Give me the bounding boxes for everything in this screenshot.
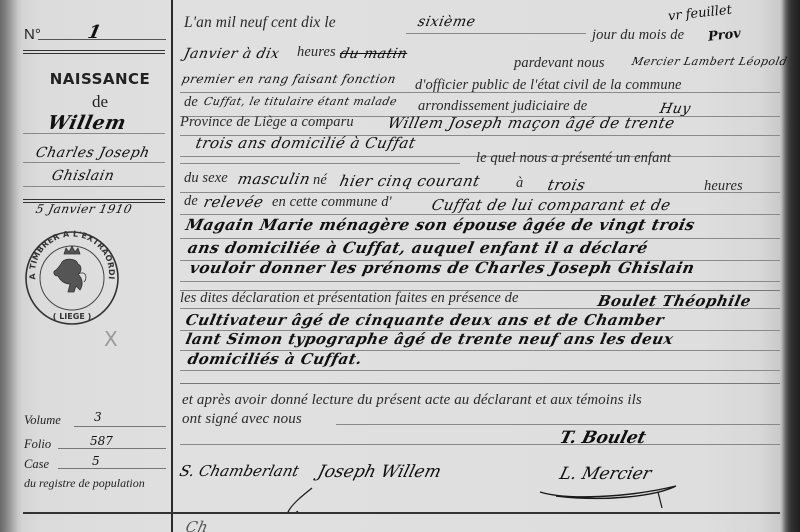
act-rule	[180, 370, 780, 371]
act-printed: né	[313, 172, 327, 189]
folio-value: 587	[90, 434, 113, 448]
act-handwritten: Willem Joseph maçon âgé de trente	[386, 114, 676, 132]
act-handwritten: masculin	[236, 170, 312, 188]
volume-value: 3	[94, 410, 102, 424]
act-handwritten: Magain Marie ménagère son épouse âgée de…	[184, 215, 697, 234]
register-page: N° 1 NAISSANCE de Willem Charles Joseph …	[0, 0, 800, 532]
case-label: Case	[24, 457, 49, 472]
act-printed: L'an mil neuf cent dix le	[184, 14, 336, 32]
margin-rule	[23, 186, 165, 187]
act-printed: à	[516, 175, 523, 192]
act-printed: le quel nous a présenté un enfant	[476, 150, 671, 167]
margin-title-naissance: NAISSANCE	[36, 70, 164, 88]
act-printed: heures	[297, 44, 336, 61]
act-handwritten: vouloir donner les prénoms de Charles Jo…	[188, 258, 697, 277]
volume-label: Volume	[24, 413, 61, 428]
top-right-annotation: vr feuillet	[667, 3, 732, 25]
act-handwritten: Cultivateur âgé de cinquante deux ans et…	[184, 311, 666, 329]
act-rule	[180, 308, 780, 309]
act-printed: de	[184, 94, 198, 111]
act-handwritten: relevée	[202, 193, 265, 211]
case-value: 5	[92, 454, 100, 468]
act-handwritten: Cuffat de lui comparant et de	[430, 196, 673, 214]
act-rule	[180, 444, 780, 445]
act-printed: Province de Liège a comparu	[180, 114, 354, 131]
act-handwritten-struck: du matin	[338, 46, 409, 62]
act-printed: et après avoir donné lecture du présent …	[182, 392, 642, 409]
act-rule	[180, 383, 780, 384]
tax-stamp-seal: A TIMBRER A L'EXTRAORDINAIRE ( LIEGE )	[22, 226, 122, 326]
signature-witness-chamberlant: S. Chamberlant	[178, 462, 301, 480]
entry-number-label: N°	[24, 26, 41, 43]
folio-label: Folio	[24, 437, 51, 452]
act-printed: de	[184, 193, 198, 210]
act-handwritten: ans domiciliée à Cuffat, auquel enfant i…	[186, 238, 650, 257]
act-handwritten: sixième	[416, 14, 477, 30]
page-edge-shadow	[782, 0, 800, 532]
margin-surname: Willem	[46, 112, 129, 134]
cross-mark: X	[104, 327, 118, 351]
act-printed: en cette commune d'	[272, 194, 392, 211]
top-right-annotation-2: Prov	[707, 26, 741, 44]
act-printed: les dites déclaration et présentation fa…	[180, 290, 519, 307]
margin-title-de: de	[36, 92, 164, 112]
margin-rule	[23, 162, 165, 163]
act-handwritten: lant Simon typographe âgé de trente neuf…	[184, 330, 675, 348]
act-printed: ont signé avec nous	[182, 411, 302, 428]
margin-given-names-2: Ghislain	[50, 168, 116, 184]
margin-rule	[23, 133, 165, 134]
act-printed: du sexe	[184, 170, 228, 187]
act-handwritten: domiciliés à Cuffat.	[186, 350, 364, 368]
population-register-label: du registre de population	[24, 476, 145, 491]
entry-separator-rule	[23, 512, 780, 514]
act-handwritten: Cuffat, le titulaire étant malade	[203, 95, 399, 108]
act-handwritten: Mercier Lambert Léopold	[631, 55, 789, 68]
act-handwritten: Janvier à dix	[182, 46, 281, 62]
margin-given-names-1: Charles Joseph	[34, 145, 151, 161]
signature-witness-boulet: T. Boulet	[558, 428, 648, 448]
act-handwritten: trois ans domicilié à Cuffat	[194, 134, 417, 152]
case-rule	[58, 468, 166, 469]
act-rule	[336, 424, 780, 425]
act-handwritten: premier en rang faisant fonction	[181, 72, 398, 86]
signature-flourish	[536, 480, 686, 510]
volume-rule	[74, 426, 166, 427]
act-rule	[180, 92, 780, 93]
act-rule	[180, 281, 780, 282]
stamp-date: 5 Janvier 1910	[35, 202, 134, 216]
act-handwritten: hier cinq courant	[338, 172, 482, 190]
margin-column-divider	[171, 0, 173, 532]
act-printed: jour du mois de	[592, 27, 684, 44]
crowned-lion-icon	[54, 246, 86, 292]
margin-header-double-rule	[23, 50, 165, 54]
binding-gutter-shadow	[0, 0, 18, 532]
act-rule	[180, 192, 780, 193]
signature-declarant-willem: Joseph Willem	[316, 462, 444, 482]
act-rule	[180, 163, 460, 164]
act-printed: pardevant nous	[514, 55, 605, 72]
entry-number-rule	[38, 39, 166, 40]
stamp-inner-text: ( LIEGE )	[53, 312, 91, 321]
folio-rule	[58, 448, 166, 449]
act-rule	[406, 33, 586, 34]
act-printed: arrondissement judiciaire de	[418, 98, 587, 115]
next-entry-partial-text: Ch	[184, 518, 210, 532]
